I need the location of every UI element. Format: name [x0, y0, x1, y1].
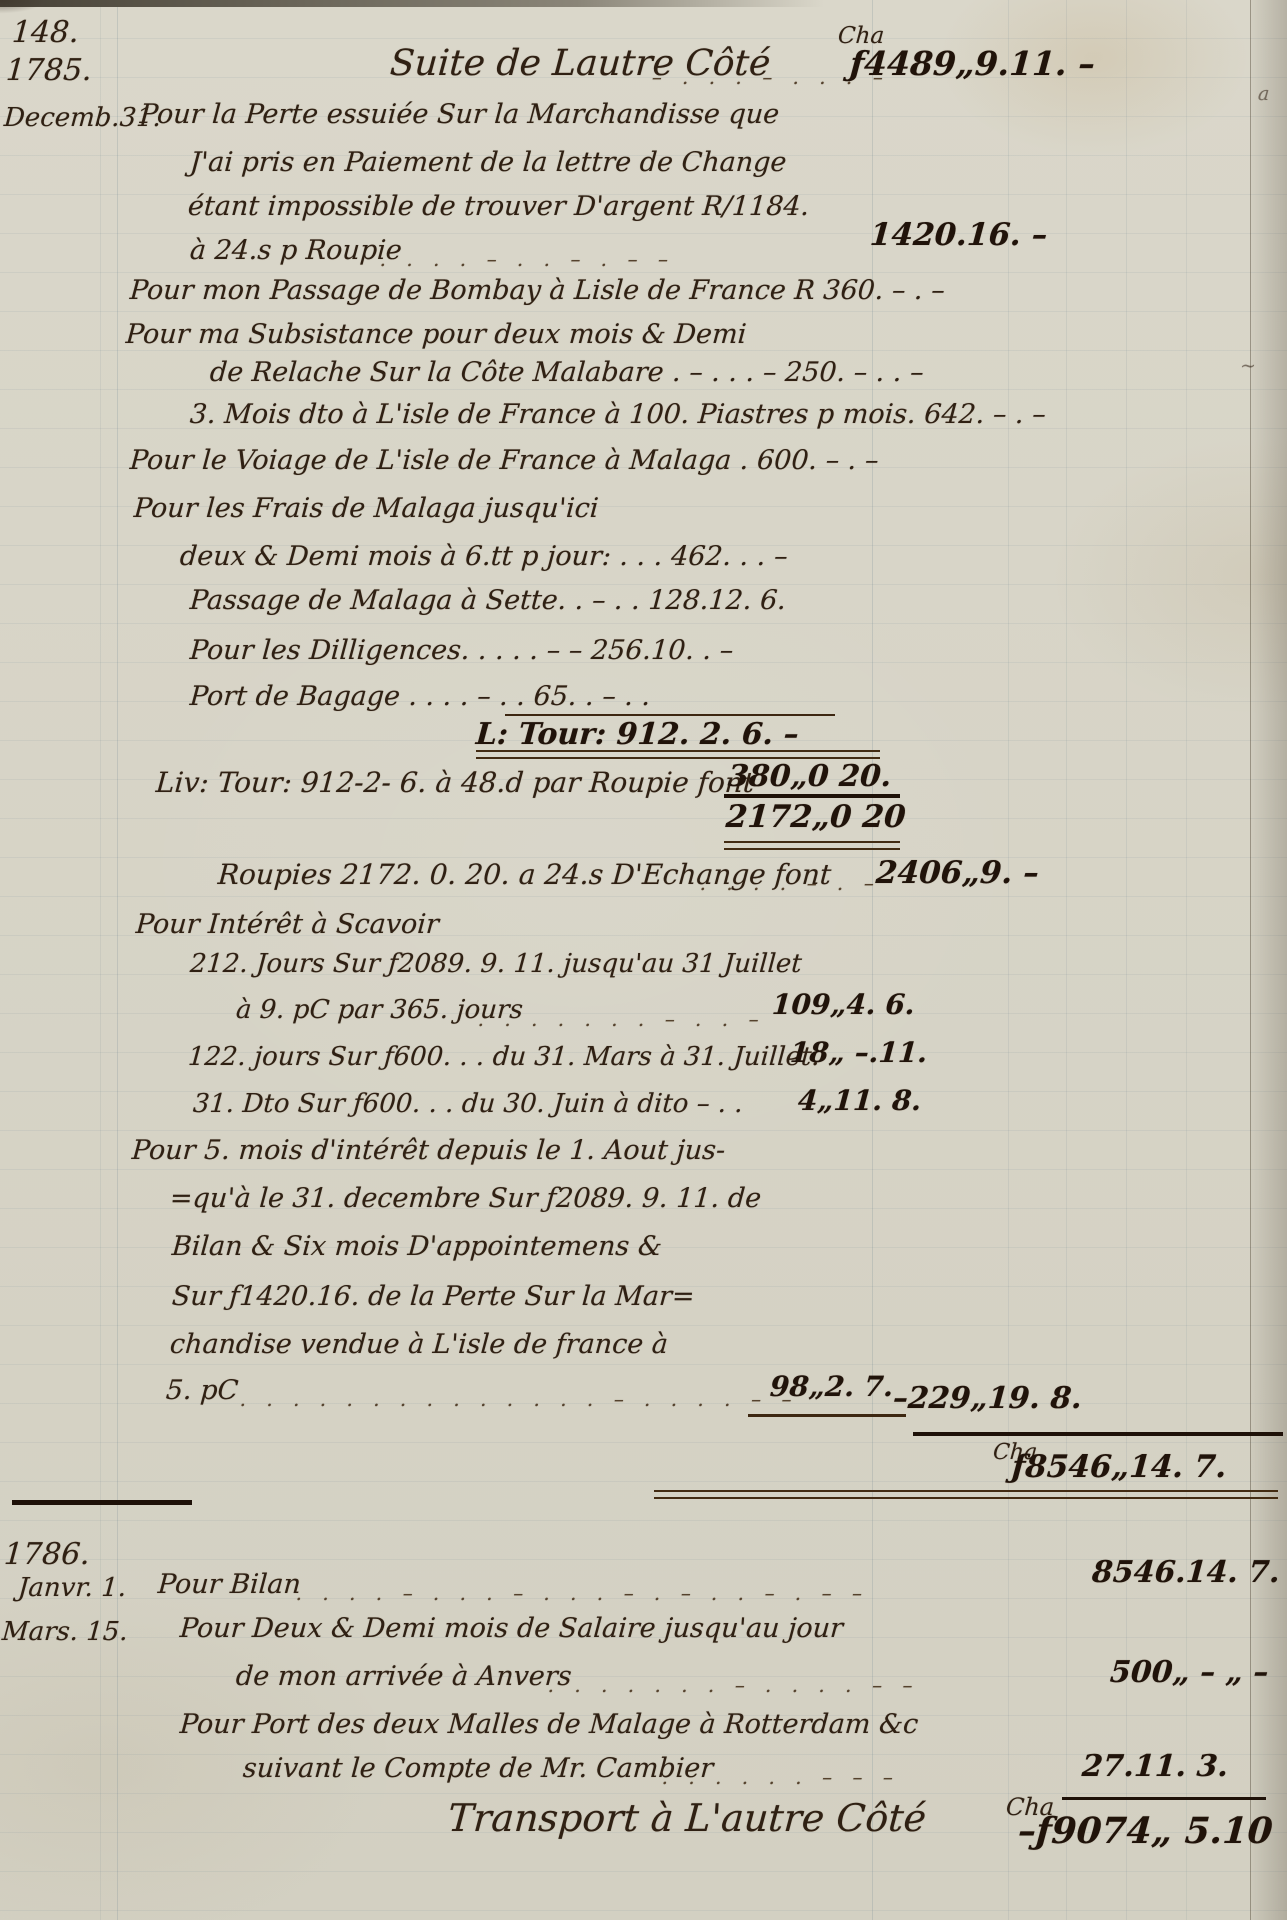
entry-salaire-leader: . . . . . . . – . . . . – –	[547, 1674, 920, 1696]
entry-bagage: Port de Bagage . . . . – . . 65. . – . .	[189, 682, 651, 712]
edge-ink-mark-1: a	[1257, 84, 1270, 105]
conversion-total-roupies: 2172„0 20	[725, 800, 907, 834]
interest-5mois-line-2: =qu'à le 31. decembre Sur ƒ2089. 9. 11. …	[169, 1184, 762, 1214]
interest-5mois-line-4: Sur ƒ1420.16. de la Perte Sur la Mar=	[171, 1282, 696, 1312]
interest-122-amount: 18„ –.11.	[789, 1038, 928, 1069]
entry-port-malles-line-1: Pour Port des deux Malles de Malage à Ro…	[179, 1710, 919, 1740]
interest-subtotal: –229„19. 8.	[892, 1382, 1083, 1415]
interest-5mois-line-5: chandise vendue à L'isle de france à	[169, 1330, 669, 1360]
total-rule-above	[505, 714, 835, 716]
year-1786: 1786.	[3, 1538, 91, 1571]
entry-salaire-line-1: Pour Deux & Demi mois de Salaire jusqu'a…	[179, 1614, 844, 1644]
interest-31-amount: 4„11. 8.	[797, 1086, 922, 1117]
conversion-line: Liv: Tour: 912-2- 6. à 48.d par Roupie f…	[155, 768, 755, 799]
money-column-line-2	[1008, 0, 1009, 1920]
entry-perte-line-3: étant impossible de trouver D'argent R/1…	[187, 192, 810, 222]
money-column-line-5	[1186, 0, 1187, 1920]
transport-amount: –ƒ9074„ 5.10	[1017, 1812, 1274, 1852]
entry-perte-line-2: J'ai pris en Paiement de la lettre de Ch…	[189, 148, 788, 178]
section-divider-bar	[12, 1500, 192, 1505]
entry-voiage-malaga: Pour le Voiage de L'isle de France à Mal…	[129, 446, 880, 476]
entry-perte-line-4: à 24.s p Roupie	[189, 236, 403, 266]
entry-bilan: Pour Bilan	[157, 1570, 302, 1600]
page-top-edge	[0, 0, 824, 7]
margin-date-march: Mars. 15.	[1, 1618, 129, 1647]
entry-bilan-amount: 8546.14. 7.	[1091, 1556, 1281, 1589]
total-rule-below-double	[476, 750, 880, 759]
conversion-double-rule	[724, 841, 900, 850]
interest-5mois-line-6: 5. pC	[165, 1376, 239, 1406]
entry-frais-malaga-line-1: Pour les Frais de Malaga jusqu'ici	[133, 494, 600, 524]
subtotal-heavy-rule	[913, 1432, 1283, 1436]
entry-trois-mois: 3. Mois dto à L'isle de France à 100. Pi…	[189, 400, 1047, 430]
entry-perte-line-1: Pour la Perte essuiée Sur la Marchandiss…	[139, 100, 780, 130]
interest-212-line-1: 212. Jours Sur ƒ2089. 9. 11. jusqu'au 31…	[189, 950, 803, 979]
transport-rule	[1062, 1797, 1266, 1800]
roupies-leader: . . . . – . –	[699, 872, 881, 894]
entry-frais-malaga-line-2: deux & Demi mois à 6.tt p jour: . . . 46…	[179, 542, 789, 572]
entry-bilan-leader: . . . . – . . . – . . . – . – . . – . – …	[295, 1582, 870, 1604]
carry-forward-amount: ƒ4489„9.11. –	[849, 46, 1096, 82]
transport-label: Transport à L'autre Côté	[447, 1798, 928, 1840]
entry-dilligences: Pour les Dilligences. . . . . – – 256.10…	[189, 636, 734, 666]
conversion-heavy-rule	[724, 794, 900, 798]
interest-header: Pour Intérêt à Scavoir	[135, 910, 440, 940]
entry-perte-leader: . . . . – . . – . – –	[379, 248, 676, 270]
entry-salaire-amount: 500„ – „ –	[1109, 1656, 1270, 1689]
edge-ink-mark-2: ~	[1239, 356, 1256, 377]
entry-subsistance-line-1: Pour ma Subsistance pour deux mois & Dem…	[125, 320, 747, 350]
total-livres-tournois: L: Tour: 912. 2. 6. –	[475, 718, 800, 751]
interest-122-line: 122. jours Sur ƒ600. . . du 31. Mars à 3…	[187, 1043, 821, 1072]
entry-port-malles-line-2: suivant le Compte de Mr. Cambier	[242, 1754, 714, 1784]
entry-salaire-line-2: de mon arrivée à Anvers	[235, 1662, 573, 1692]
interest-5mois-line-1: Pour 5. mois d'intérêt depuis le 1. Aout…	[131, 1136, 726, 1166]
interest-212-amount: 109„4. 6.	[771, 990, 916, 1021]
entry-port-malles-amount: 27.11. 3.	[1081, 1750, 1229, 1783]
page-right-edge	[1250, 0, 1287, 1920]
total-1785-double-rule	[654, 1490, 1278, 1499]
interest-5mois-line-3: Bilan & Six mois D'appointemens &	[171, 1232, 663, 1262]
year-1785: 1785.	[5, 54, 93, 87]
entry-port-malles-leader: . . . . . . – – –	[661, 1766, 901, 1788]
page-corner-shadow	[0, 0, 60, 16]
entry-passage-bombay: Pour mon Passage de Bombay à Lisle de Fr…	[129, 276, 946, 306]
interest-31-line: 31. Dto Sur ƒ600. . . du 30. Juin à dito…	[192, 1090, 744, 1119]
conversion-sub-amount: 380„0 20.	[727, 760, 893, 793]
money-column-line-3	[1066, 0, 1067, 1920]
folio-number: 148.	[11, 16, 80, 49]
roupies-amount: 2406„9. –	[875, 856, 1040, 890]
interest-212-leader: . . . . . . . – . . –	[477, 1008, 766, 1030]
ledger-page: 148. 1785. Suite de Lautre Côté – . . . …	[0, 0, 1287, 1920]
interest-amount-underline	[748, 1414, 906, 1417]
interest-5mois-amount: 98„2. 7.	[769, 1372, 894, 1403]
interest-5mois-leader: . . . . . . . . . . . . . . – . . . . – …	[239, 1388, 799, 1410]
entry-passage-sette: Passage de Malaga à Sette. . – . . 128.1…	[189, 586, 787, 616]
money-column-line-4	[1126, 0, 1127, 1920]
entry-subsistance-line-2: de Relache Sur la Côte Malabare . – . . …	[209, 358, 925, 388]
margin-date-january: Janvr. 1.	[17, 1574, 127, 1603]
entry-perte-amount: 1420.16. –	[869, 218, 1049, 252]
total-1785: ƒ8546„14. 7.	[1011, 1450, 1228, 1484]
